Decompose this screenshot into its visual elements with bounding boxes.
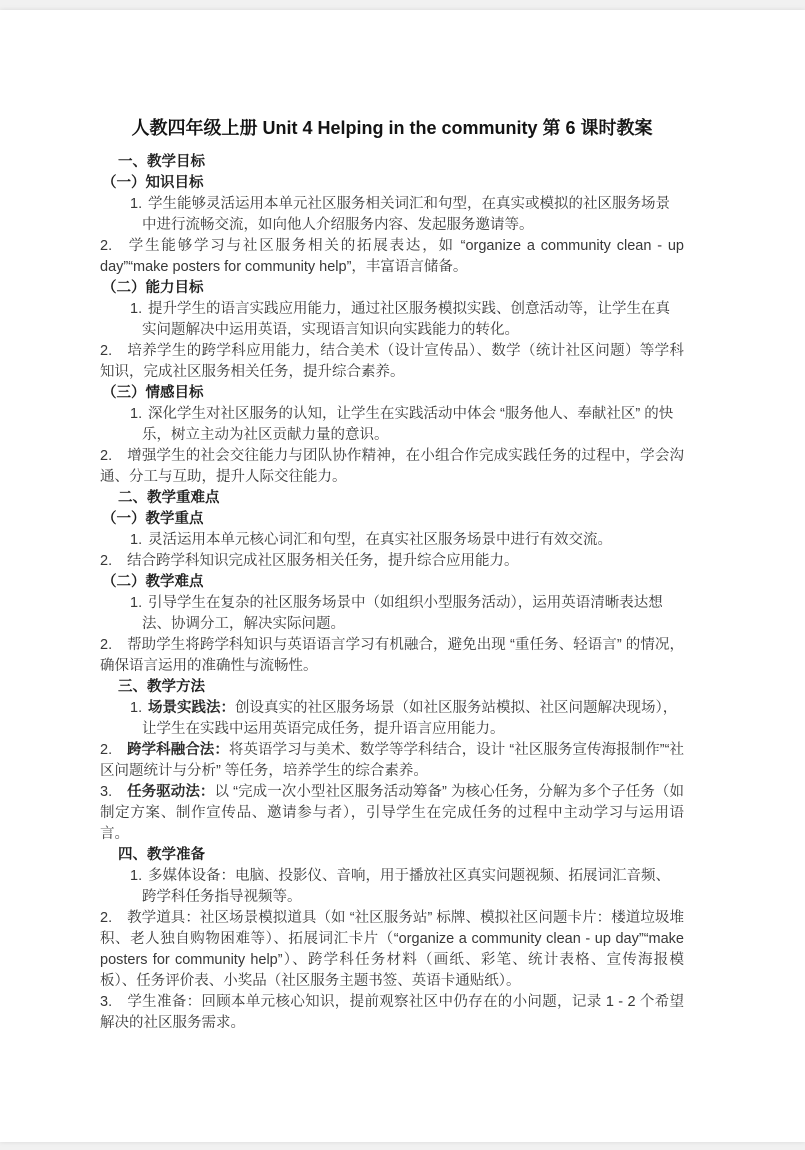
doc-paragraph: 2.帮助学生将跨学科知识与英语语言学习有机融合，避免出现 “重任务、轻语言” 的… <box>100 635 684 677</box>
doc-section-heading: 二、教学重难点 <box>100 488 684 509</box>
doc-item-number: 2. <box>100 446 127 467</box>
doc-item-number: 1. <box>130 698 142 719</box>
doc-paragraph: 2.增强学生的社会交往能力与团队协作精神，在小组合作完成实践任务的过程中，学会沟… <box>100 446 684 488</box>
doc-section-heading: 四、教学准备 <box>100 845 684 866</box>
doc-item-number: 1. <box>130 194 142 215</box>
doc-section-heading: 三、教学方法 <box>100 677 684 698</box>
doc-paragraph: 2.培养学生的跨学科应用能力，结合美术（设计宣传品）、数学（统计社区问题）等学科… <box>100 341 684 383</box>
document-body: 一、教学目标（一）知识目标1.学生能够灵活运用本单元社区服务相关词汇和句型，在真… <box>100 152 684 1034</box>
doc-list-item: 1.灵活运用本单元核心词汇和句型，在真实社区服务场景中进行有效交流。 <box>100 530 684 551</box>
doc-paragraph: 3.学生准备：回顾本单元核心知识，提前观察社区中仍存在的小问题，记录 1 - 2… <box>100 992 684 1034</box>
doc-bold-label: 场景实践法： <box>148 700 235 716</box>
doc-item-number: 2. <box>100 635 127 656</box>
doc-item-number: 2. <box>100 740 127 761</box>
doc-list-item: 1.场景实践法：创设真实的社区服务场景（如社区服务站模拟、社区问题解决现场），让… <box>100 698 684 740</box>
doc-item-number: 2. <box>100 908 127 929</box>
doc-sub-heading: （三）情感目标 <box>100 383 684 404</box>
doc-paragraph: 2.跨学科融合法：将英语学习与美术、数学等学科结合，设计 “社区服务宣传海报制作… <box>100 740 684 782</box>
doc-item-number: 2. <box>100 236 127 257</box>
doc-item-number: 1. <box>130 530 142 551</box>
doc-item-number: 1. <box>130 299 142 320</box>
doc-item-number: 2. <box>100 341 127 362</box>
doc-sub-heading: （二）能力目标 <box>100 278 684 299</box>
doc-item-number: 3. <box>100 782 127 803</box>
doc-item-number: 1. <box>130 593 142 614</box>
document-content: 人教四年级上册 Unit 4 Helping in the community … <box>100 116 684 1034</box>
doc-list-item: 1.多媒体设备：电脑、投影仪、音响，用于播放社区真实问题视频、拓展词汇音频、跨学… <box>100 866 684 908</box>
doc-paragraph: 2.结合跨学科知识完成社区服务相关任务，提升综合应用能力。 <box>100 551 684 572</box>
doc-list-item: 1.学生能够灵活运用本单元社区服务相关词汇和句型，在真实或模拟的社区服务场景中进… <box>100 194 684 236</box>
doc-item-number: 2. <box>100 551 127 572</box>
document-page: 人教四年级上册 Unit 4 Helping in the community … <box>0 10 805 1142</box>
doc-sub-heading: （二）教学难点 <box>100 572 684 593</box>
doc-paragraph: 2.学生能够学习与社区服务相关的拓展表达，如 “organize a commu… <box>100 236 684 278</box>
doc-bold-label: 跨学科融合法： <box>127 742 229 758</box>
doc-sub-heading: （一）知识目标 <box>100 173 684 194</box>
doc-sub-heading: （一）教学重点 <box>100 509 684 530</box>
doc-section-heading: 一、教学目标 <box>100 152 684 173</box>
doc-list-item: 1.提升学生的语言实践应用能力，通过社区服务模拟实践、创意活动等，让学生在真实问… <box>100 299 684 341</box>
doc-list-item: 1.深化学生对社区服务的认知，让学生在实践活动中体会 “服务他人、奉献社区” 的… <box>100 404 684 446</box>
doc-item-number: 3. <box>100 992 127 1013</box>
doc-bold-label: 任务驱动法： <box>127 784 215 800</box>
doc-paragraph: 2.教学道具：社区场景模拟道具（如 “社区服务站” 标牌、模拟社区问题卡片：楼道… <box>100 908 684 992</box>
doc-item-number: 1. <box>130 866 142 887</box>
document-title: 人教四年级上册 Unit 4 Helping in the community … <box>100 116 684 140</box>
doc-item-number: 1. <box>130 404 142 425</box>
doc-paragraph: 3.任务驱动法：以 “完成一次小型社区服务活动筹备” 为核心任务，分解为多个子任… <box>100 782 684 845</box>
doc-list-item: 1.引导学生在复杂的社区服务场景中（如组织小型服务活动），运用英语清晰表达想法、… <box>100 593 684 635</box>
